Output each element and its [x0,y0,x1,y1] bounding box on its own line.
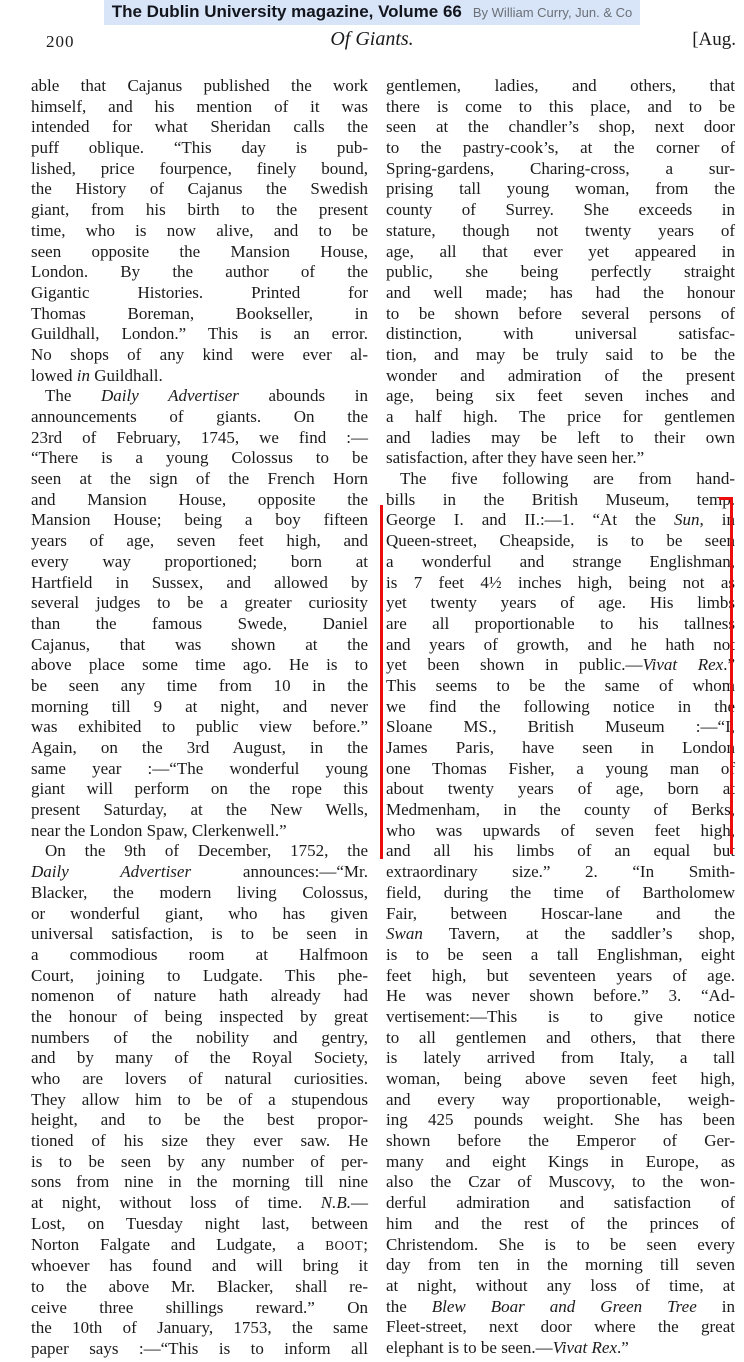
text-line: one Thomas Fisher, a young man of [386,759,735,780]
text-line: to all gentlemen and others, that there [386,1028,735,1049]
right-text-column: gentlemen, ladies, and others, thatthere… [386,76,735,1359]
text-line: numbers of the nobility and gentry, [31,1028,368,1049]
text-line: than the famous Swede, Daniel [31,614,368,635]
text-line: to be shown before several persons of [386,304,735,325]
text-line: be seen any time from 10 in the [31,676,368,697]
text-line: This seems to be the same of whom [386,676,735,697]
text-line: sons from nine in the morning till nine [31,1172,368,1193]
text-line: him and the rest of the princes of [386,1214,735,1235]
text-line: Norton Falgate and Ludgate, a BOOT; [31,1235,368,1257]
text-line: several judges to be a greater curiosity [31,593,368,614]
text-line: to the above Mr. Blacker, shall re- [31,1277,368,1298]
text-line: are all proportionable to his tallness [386,614,735,635]
text-line: many and eight Kings in Europe, as [386,1152,735,1173]
text-line: and all his limbs of an equal but [386,841,735,862]
text-line: a wonderful and strange Englishman, [386,552,735,573]
text-line: announcements of giants. On the [31,407,368,428]
book-title-link[interactable]: The Dublin University magazine, Volume 6… [112,2,462,21]
text-line: day from ten in the morning till seven [386,1255,735,1276]
text-line: is to be seen a tall Englishman, eight [386,945,735,966]
text-line: Spring-gardens, Charing-cross, a sur- [386,159,735,180]
text-line: was exhibited to public view before.” [31,717,368,738]
text-line: above place some time ago. He is to [31,655,368,676]
text-line: present Saturday, at the New Wells, [31,800,368,821]
text-line: also the Czar of Muscovy, to the won- [386,1172,735,1193]
text-line: seen at the sign of the French Horn [31,469,368,490]
text-line: James Paris, have seen in London [386,738,735,759]
text-line: the Blew Boar and Green Tree in [386,1297,735,1318]
text-line: giant will perform on the rope this [31,779,368,800]
text-line: vertisement:—This is to give notice [386,1007,735,1028]
text-line: tion, and may be truly said to be the [386,345,735,366]
text-line: Daily Advertiser announces:—“Mr. [31,862,368,883]
text-line: Cajanus, that was shown at the [31,635,368,656]
scanned-book-page: The Dublin University magazine, Volume 6… [0,0,744,1362]
text-line: about twenty years of age, born at [386,779,735,800]
text-line: lished, price fourpence, finely bound, [31,159,368,180]
text-line: at night, without any loss of time, at [386,1276,735,1297]
text-line: On the 9th of December, 1752, the [31,841,368,862]
italic-text: Blew Boar and Green Tree [432,1297,697,1316]
text-line: Hartfield in Sussex, and allowed by [31,573,368,594]
text-line: gentlemen, ladies, and others, that [386,76,735,97]
italic-text: N.B. [321,1193,351,1212]
text-line: ing 425 pounds weight. She has been [386,1110,735,1131]
text-line: there is come to this place, and to be [386,97,735,118]
annotation-left-edge [380,505,383,859]
text-line: bills in the British Museum, temp. [386,490,735,511]
text-line: Lost, on Tuesday night last, between [31,1214,368,1235]
text-line: able that Cajanus published the work [31,76,368,97]
text-line: Fleet-street, next door where the great [386,1317,735,1338]
text-line: Court, joining to Ludgate. This phe- [31,966,368,987]
text-line: Swan Tavern, at the saddler’s shop, [386,924,735,945]
text-line: age, all that ever yet appeared in [386,242,735,263]
text-line: years of age, seven feet high, and [31,531,368,552]
text-line: height, and to be the best propor- [31,1110,368,1131]
text-line: ceive three shillings reward.” On [31,1298,368,1319]
text-line: public, she being perfectly straight [386,262,735,283]
viewer-header: The Dublin University magazine, Volume 6… [0,0,744,25]
italic-text: Daily Advertiser [31,862,191,881]
text-line: puff oblique. “This day is pub- [31,138,368,159]
text-line: Blacker, the modern living Colossus, [31,883,368,904]
text-line: lowed in Guildhall. [31,366,368,387]
text-line: distinction, with universal satisfac- [386,324,735,345]
annotation-top-right-corner [719,497,733,500]
text-line: a commodious room at Halfmoon [31,945,368,966]
text-line: county of Surrey. She exceeds in [386,200,735,221]
text-line: a half high. The price for gentlemen [386,407,735,428]
italic-text: Daily Advertiser [101,386,239,405]
text-line: or wonderful giant, who has given [31,904,368,925]
text-line: every way proportioned; born at [31,552,368,573]
text-line: London. By the author of the [31,262,368,283]
text-line: we find the following notice in the [386,697,735,718]
text-line: Christendom. She is to be seen every [386,1235,735,1256]
text-line: is lately arrived from Italy, a tall [386,1048,735,1069]
text-line: seen opposite the Mansion House, [31,242,368,263]
italic-text: in [77,366,90,385]
text-line: morning till 9 at night, and never [31,697,368,718]
header-highlight-band: The Dublin University magazine, Volume 6… [104,0,641,25]
text-line: himself, and his mention of it was [31,97,368,118]
text-line: nomenon of nature hath already had [31,986,368,1007]
text-line: Gigantic Histories. Printed for [31,283,368,304]
text-line: the History of Cajanus the Swedish [31,179,368,200]
text-line: to the pastry-cook’s, at the corner of [386,138,735,159]
text-line: elephant is to be seen.—Vivat Rex.” [386,1338,735,1359]
text-line: the honour of being inspected by great [31,1007,368,1028]
text-line: and Mansion House, opposite the [31,490,368,511]
text-line: prising tall young woman, from the [386,179,735,200]
annotation-right-edge [730,497,733,854]
text-line: wonder and admiration of the present [386,366,735,387]
text-line: yet twenty years of age. His limbs [386,593,735,614]
text-line: George I. and II.:—1. “At the Sun, in [386,510,735,531]
text-line: and well made; has had the honour [386,283,735,304]
small-caps-text: BOOT [325,1238,363,1253]
text-line: field, during the time of Bartholomew [386,883,735,904]
month-label: [Aug. [692,29,736,51]
left-text-column: able that Cajanus published the workhims… [31,76,368,1360]
text-line: Thomas Boreman, Bookseller, in [31,304,368,325]
text-line: No shops of any kind were ever al- [31,345,368,366]
text-line: tioned of his size they ever saw. He [31,1131,368,1152]
text-line: “There is a young Colossus to be [31,448,368,469]
text-line: stature, though not twenty years of [386,221,735,242]
text-line: He was never shown before.” 3. “Ad- [386,986,735,1007]
text-line: time, who is now alive, and to be [31,221,368,242]
text-line: woman, being above seven feet high, [386,1069,735,1090]
text-line: The five following are from hand- [386,469,735,490]
text-line: is to be seen by any number of per- [31,1152,368,1173]
text-line: at night, without loss of time. N.B.— [31,1193,368,1214]
text-line: giant, from his birth to the present [31,200,368,221]
text-line: and every way proportionable, weigh- [386,1090,735,1111]
text-line: and by many of the Royal Society, [31,1048,368,1069]
text-line: intended for what Sheridan calls the [31,117,368,138]
text-line: same year :—“The wonderful young [31,759,368,780]
text-line: is 7 feet 4½ inches high, being not as [386,573,735,594]
text-line: seen at the chandler’s shop, next door [386,117,735,138]
text-line: age, being six feet seven inches and [386,386,735,407]
text-line: Sloane MS., British Museum :—“I, [386,717,735,738]
text-line: The Daily Advertiser abounds in [31,386,368,407]
italic-text: Vivat Rex [553,1338,617,1357]
text-line: 23rd of February, 1745, we find :— [31,428,368,449]
text-line: Guildhall, London.” This is an error. [31,324,368,345]
italic-text: Vivat Rex [643,655,724,674]
running-head: 200 Of Giants. [Aug. [0,28,744,58]
text-line: derful admiration and satisfaction of [386,1193,735,1214]
chapter-running-title: Of Giants. [0,28,744,51]
text-line: and ladies may be left to their own [386,428,735,449]
text-line: Mansion House; being a boy fifteen [31,510,368,531]
italic-text: Sun [674,510,700,529]
text-line: shown before the Emperor of Ger- [386,1131,735,1152]
text-line: and years of growth, and he hath not [386,635,735,656]
text-line: Again, on the 3rd August, in the [31,738,368,759]
text-line: They allow him to be of a stupendous [31,1090,368,1111]
text-line: Queen-street, Cheapside, is to be seen [386,531,735,552]
text-line: feet high, but seventeen years of age. [386,966,735,987]
text-line: who was upwards of seven feet high, [386,821,735,842]
text-line: yet been shown in public.—Vivat Rex.” [386,655,735,676]
text-line: paper says :—“This is to inform all [31,1339,368,1360]
italic-text: Swan [386,924,423,943]
text-line: satisfaction, after they have seen her.” [386,448,735,469]
text-line: Medmenham, in the county of Berks, [386,800,735,821]
text-line: the 10th of January, 1753, the same [31,1318,368,1339]
book-byline: By William Curry, Jun. & Co [473,5,632,20]
text-line: near the London Spaw, Clerkenwell.” [31,821,368,842]
text-line: whoever has found and will bring it [31,1256,368,1277]
text-line: universal satisfaction, is to be seen in [31,924,368,945]
text-line: Fair, between Hoscar-lane and the [386,904,735,925]
text-line: who are lovers of natural curiosities. [31,1069,368,1090]
text-line: extraordinary size.” 2. “In Smith- [386,862,735,883]
